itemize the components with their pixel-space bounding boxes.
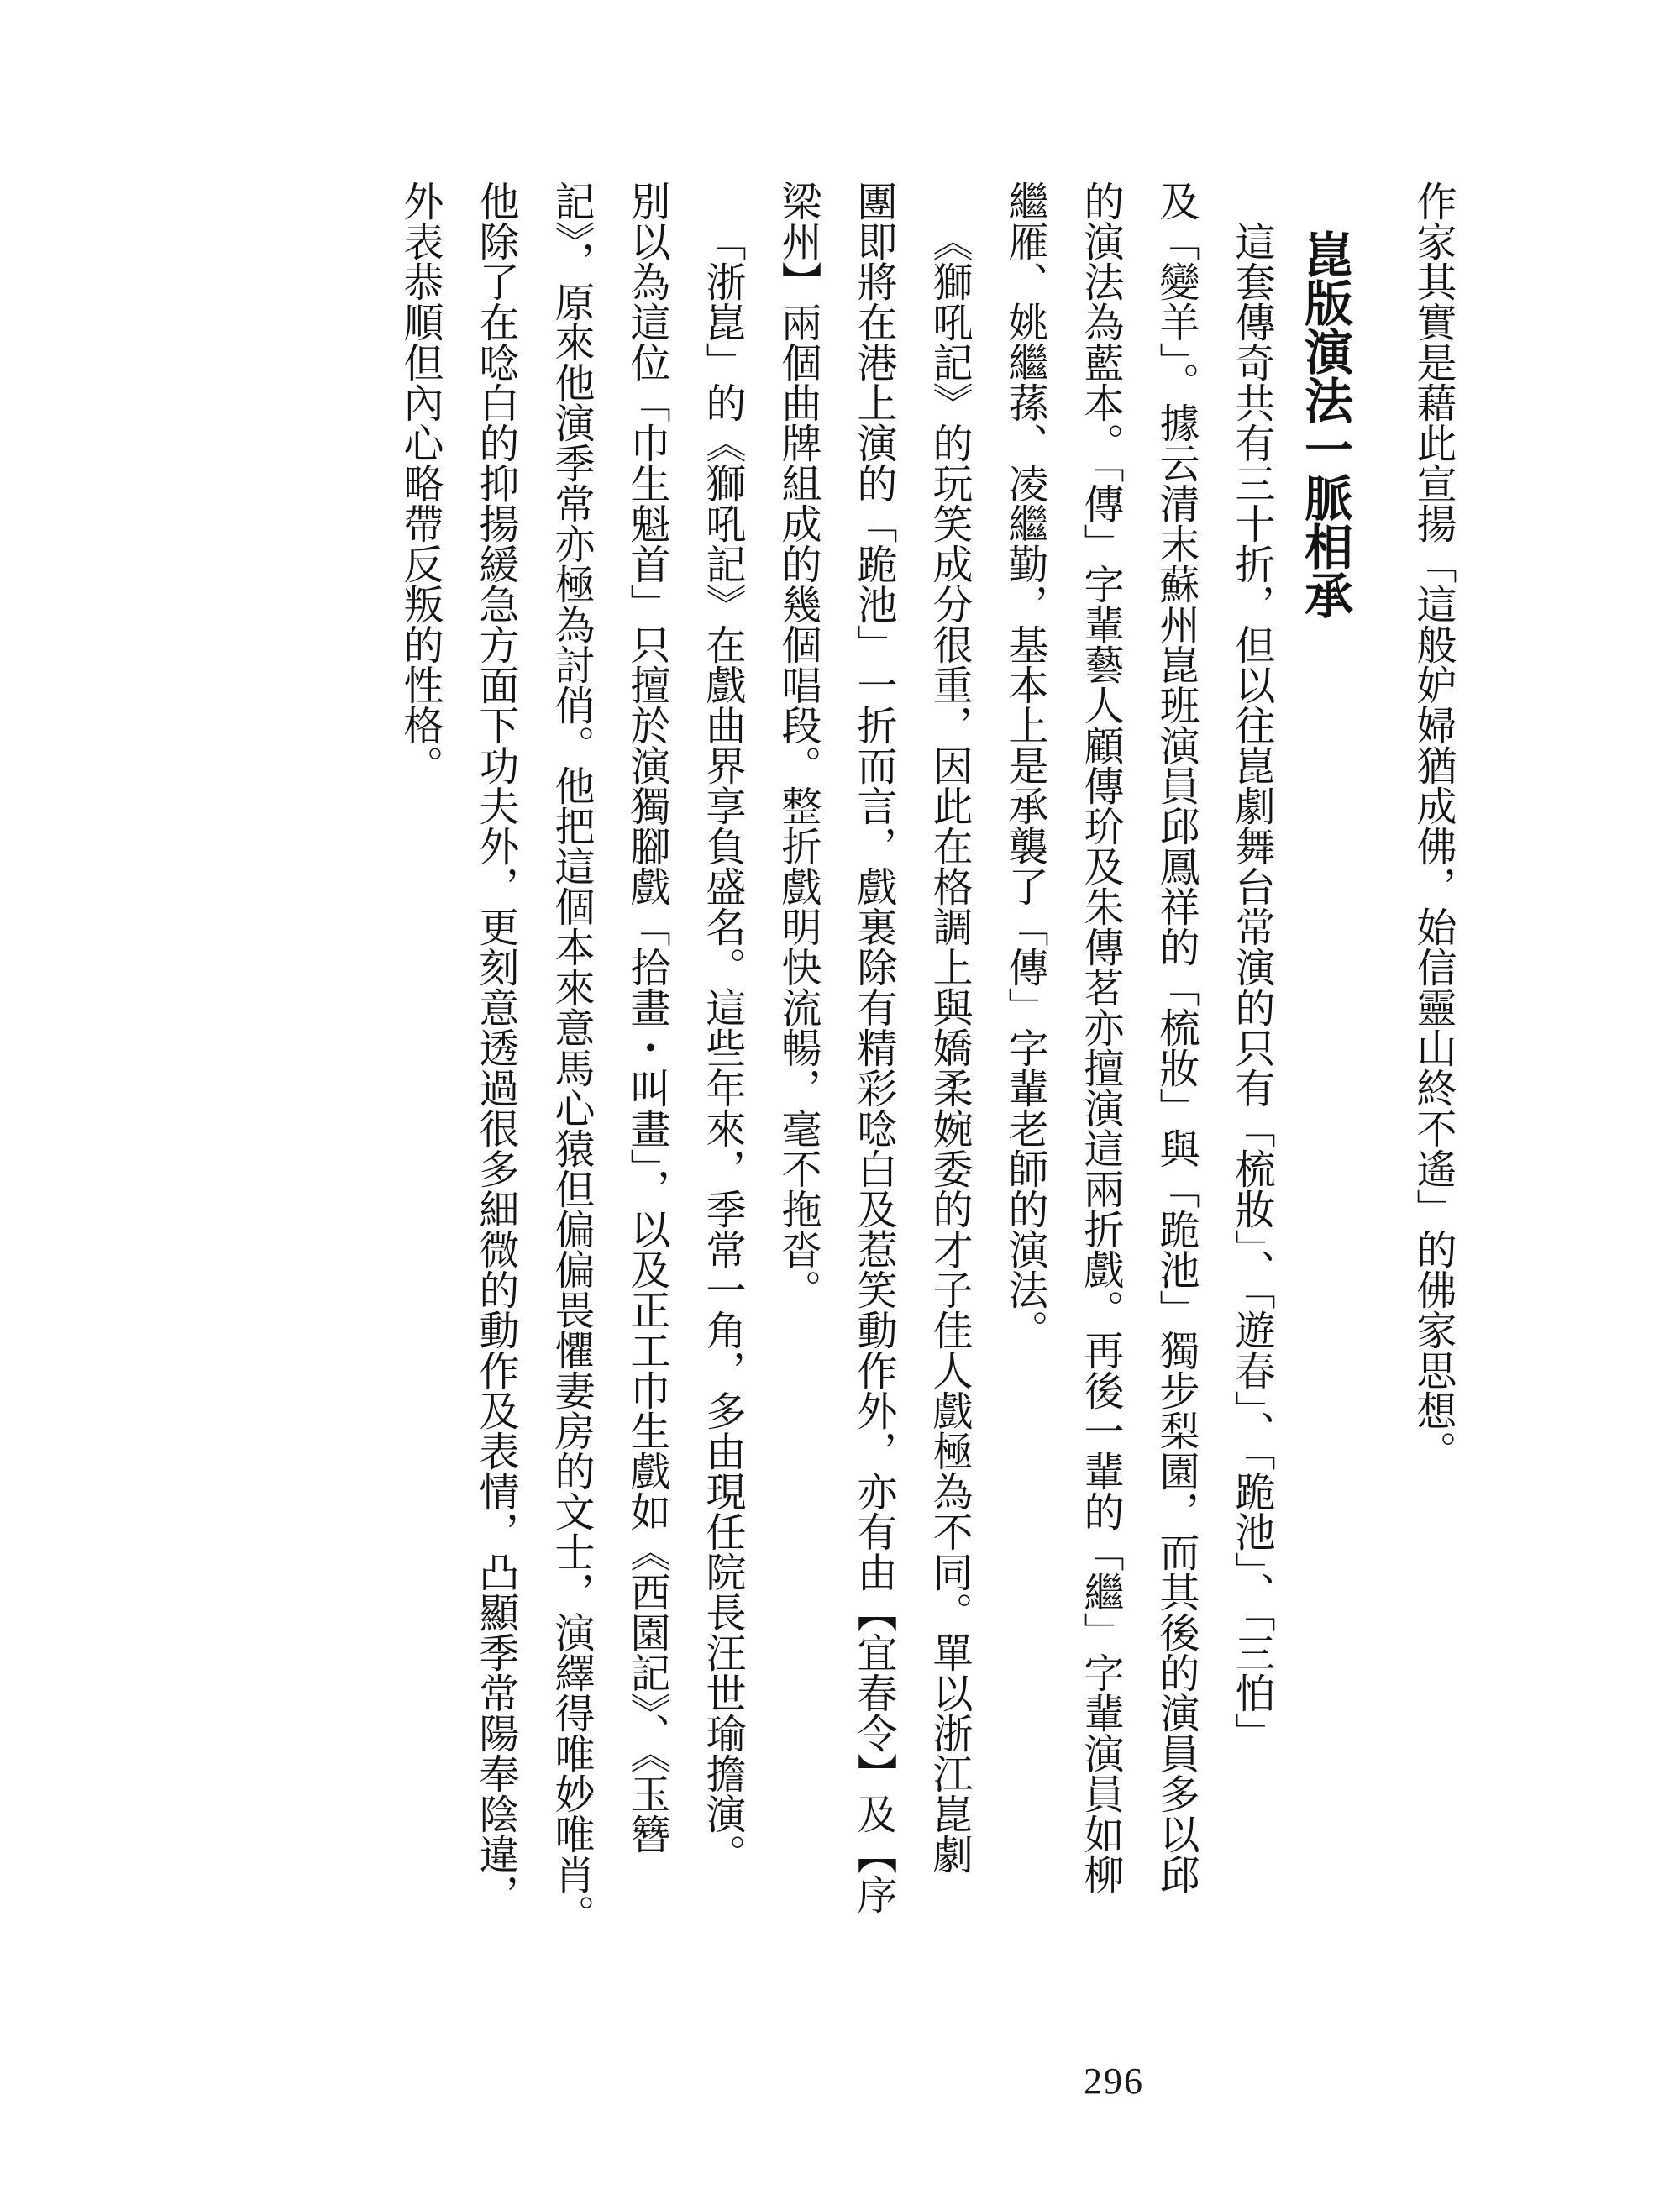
text-column: 團即將在港上演的「跪池」一折而言，戲裏除有精彩唸白及惹笑動作外，亦有由【宜春令】…: [853, 181, 893, 1971]
page-number: 296: [1084, 2060, 1144, 2103]
text-column: 「浙崑」的《獅吼記》在戲曲界享負盛名。這些年來，季常一角，多由現任院長汪世瑜擔演…: [701, 181, 742, 1971]
text-column: 這套傳奇共有三十折，但以往崑劇舞台常演的只有「梳妝」、「遊春」、「跪池」、「三怕…: [1231, 181, 1271, 1971]
paragraph: 「浙崑」的《獅吼記》在戲曲界享負盛名。這些年來，季常一角，多由現任院長汪世瑜擔演…: [399, 181, 742, 1971]
paragraph: 這套傳奇共有三十折，但以往崑劇舞台常演的只有「梳妝」、「遊春」、「跪池」、「三怕…: [1004, 181, 1271, 1971]
section-heading: 崑版演法一脈相承: [1299, 181, 1348, 1971]
text-column: 別以為這位「巾生魁首」只擅於演獨腳戲「拾畫・叫畫」，以及正工巾生戲如《西園記》、…: [626, 181, 666, 1971]
text-column: 作家其實是藉此宣揚「這般妒婦猶成佛，始信靈山終不遙」的佛家思想。: [1412, 181, 1452, 1971]
vertical-text-block: 作家其實是藉此宣揚「這般妒婦猶成佛，始信靈山終不遙」的佛家思想。 崑版演法一脈相…: [364, 181, 1452, 1971]
text-column: 梁州】兩個曲牌組成的幾個唱段。整折戲明快流暢，毫不拖沓。: [777, 181, 817, 1971]
text-column: 繼雁、姚繼蓀、凌繼勤，基本上是承襲了「傳」字輩老師的演法。: [1004, 181, 1044, 1971]
intro-paragraph-end: 作家其實是藉此宣揚「這般妒婦猶成佛，始信靈山終不遙」的佛家思想。: [1412, 181, 1452, 1971]
paragraph: 《獅吼記》的玩笑成分很重，因此在格調上與嬌柔婉委的才子佳人戲極為不同。單以浙江崑…: [777, 181, 969, 1971]
text-column: 及「變羊」。據云清末蘇州崑班演員邱鳳祥的「梳妝」與「跪池」獨步梨園，而其後的演員…: [1155, 181, 1195, 1971]
book-page: 作家其實是藉此宣揚「這般妒婦猶成佛，始信靈山終不遙」的佛家思想。 崑版演法一脈相…: [0, 0, 1680, 2205]
text-column: 《獅吼記》的玩笑成分很重，因此在格調上與嬌柔婉委的才子佳人戲極為不同。單以浙江崑…: [928, 181, 969, 1971]
text-column: 他除了在唸白的抑揚緩急方面下功夫外，更刻意透過很多細微的動作及表情，凸顯季常陽奉…: [475, 181, 515, 1971]
text-column: 外表恭順但內心略帶反叛的性格。: [399, 181, 439, 1971]
text-column: 的演法為藍本。「傳」字輩藝人顧傳玠及朱傳茗亦擅演這兩折戲。再後一輩的「繼」字輩演…: [1079, 181, 1120, 1971]
text-column: 記》，原來他演季常亦極為討俏。他把這個本來意馬心猿但偏偏畏懼妻房的文士，演繹得唯…: [550, 181, 591, 1971]
